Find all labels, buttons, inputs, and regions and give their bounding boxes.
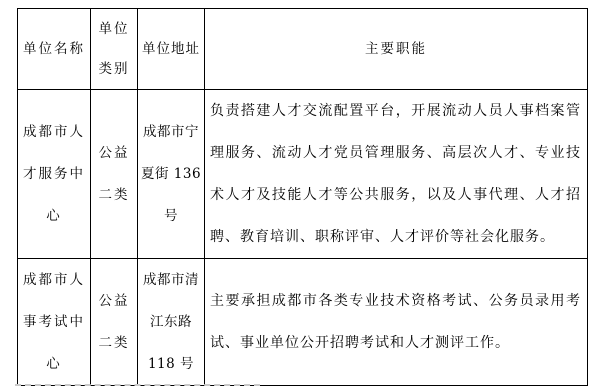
cell-main-functions: 主要承担成都市各类专业技术资格考试、公务员录用考试、事业单位公开招聘考试和人才测… xyxy=(205,259,588,386)
table-header-row: 单位名称 单位类别 单位地址 主要职能 xyxy=(18,9,588,90)
cell-unit-name: 成都市人才服务中心 xyxy=(18,90,91,259)
cell-unit-name: 成都市人事考试中心 xyxy=(18,259,91,386)
table-row-talent-service-center: 成都市人才服务中心 公益二类 成都市宁夏街 136 号 负责搭建人才交流配置平台… xyxy=(18,90,588,259)
table-row-personnel-exam-center: 成都市人事考试中心 公益二类 成都市清江东路 118 号 主要承担成都市各类专业… xyxy=(18,259,588,386)
header-unit-name: 单位名称 xyxy=(18,9,91,90)
table-continuation-dashes xyxy=(15,384,260,386)
cell-unit-category: 公益二类 xyxy=(91,90,138,259)
cell-main-functions: 负责搭建人才交流配置平台，开展流动人员人事档案管理服务、流动人才党员管理服务、高… xyxy=(205,90,588,259)
cell-unit-category: 公益二类 xyxy=(91,259,138,386)
cell-unit-address: 成都市清江东路 118 号 xyxy=(138,259,205,386)
cell-unit-address: 成都市宁夏街 136 号 xyxy=(138,90,205,259)
header-unit-category: 单位类别 xyxy=(91,9,138,90)
org-info-table: 单位名称 单位类别 单位地址 主要职能 成都市人才服务中心 公益二类 成都市宁夏… xyxy=(17,8,588,386)
header-unit-address: 单位地址 xyxy=(138,9,205,90)
header-main-functions: 主要职能 xyxy=(205,9,588,90)
